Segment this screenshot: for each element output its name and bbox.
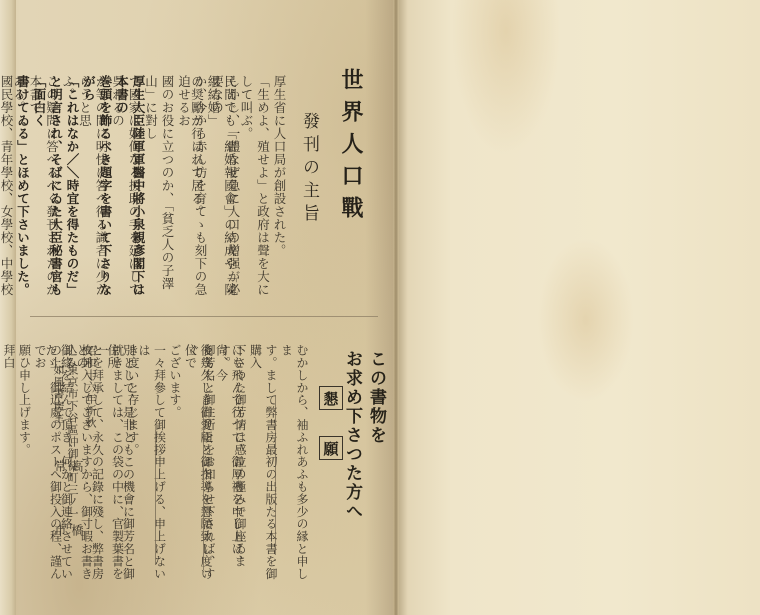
book-spine-fold bbox=[393, 0, 399, 615]
book-spread: 世界人口戰 發刊の主旨 厚生省に人口局が創設された。 「生めよ、殖せよ」と政府は… bbox=[0, 0, 760, 615]
signature-name: 高 橋 常 市 bbox=[52, 460, 86, 615]
signature-publisher: 如風書房主 bbox=[52, 364, 65, 424]
boxed-heading-char-1: 懇 bbox=[319, 386, 343, 410]
signature-date: 昭和十六年新秋 bbox=[84, 345, 97, 429]
section-title: 世界人口戰 bbox=[340, 68, 362, 228]
request-paragraph-2: にも飛んで行つて、御厚禮を申し上げ、尙、今 後幾久しき御愛顧と御指導を懇願致し度… bbox=[132, 344, 244, 589]
right-page-blank bbox=[397, 0, 760, 615]
request-paragraph-3: き度いと存じます。 就きましては、この袋の中に、官製葉書を一 枚封入してございま… bbox=[100, 344, 140, 589]
request-paragraph-1: むかしから、袖ふれあふも多少の縁と申しま す。まして弊書房最初の出版たる本書を御… bbox=[243, 344, 309, 589]
notice-title: この書物を お求め下さつた方へ bbox=[340, 350, 388, 550]
vertical-rule bbox=[203, 400, 204, 570]
intro-paragraph-3: 厚生大臣陸軍軍醫中將小泉親彥閣下は本書の 巻頭を飾るべき題字を書いて下さりながら… bbox=[46, 75, 146, 305]
intro-paragraph-2: しかし、一體なぜ急に人口の增强が必要なの か、今から赤ん坊を育てゝも刻下の急迫せ… bbox=[131, 75, 241, 305]
vertical-rule bbox=[275, 395, 276, 555]
vertical-rule bbox=[155, 430, 156, 565]
boxed-heading-char-2: 願 bbox=[319, 436, 343, 460]
section-divider-rule bbox=[30, 316, 378, 317]
section-subtitle: 發刊の主旨 bbox=[300, 112, 317, 227]
